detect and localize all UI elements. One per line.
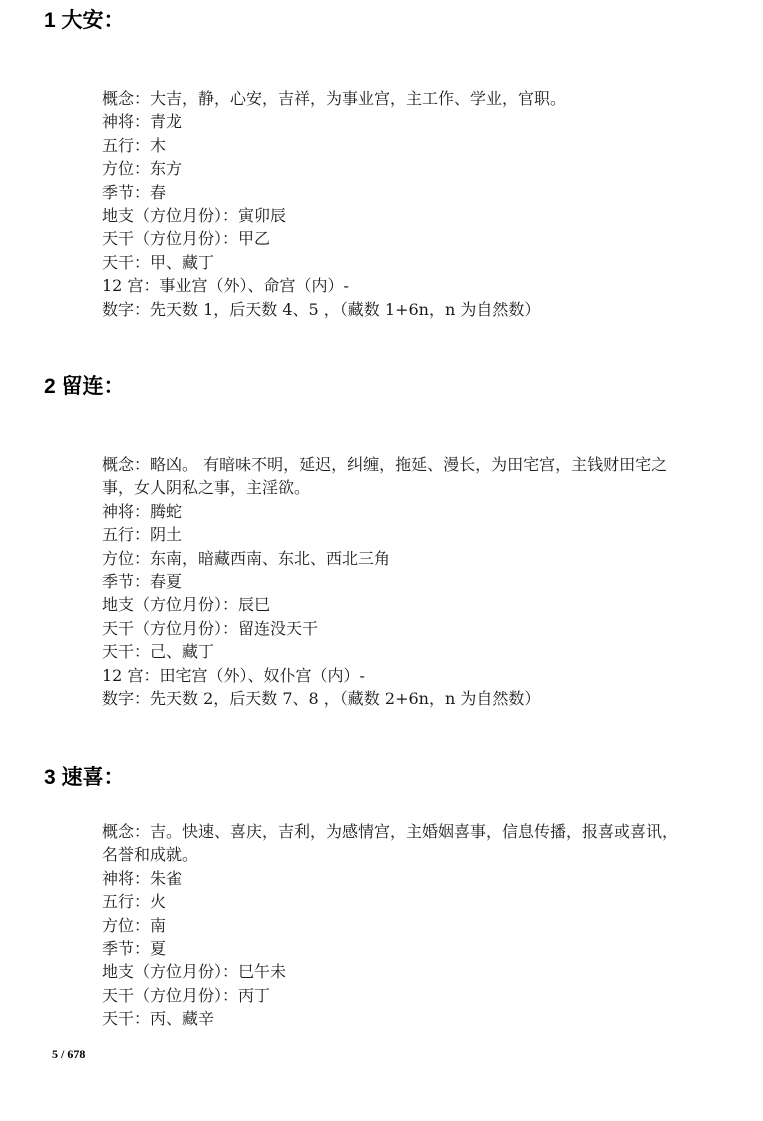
season-line: 季节：春 [102,181,682,204]
heavenly-stem-line: 天干：己、藏丁 [102,640,682,663]
section-heading-su-xi: 3 速喜： [44,765,125,791]
section-heading-da-an: 1 大安： [44,8,125,34]
deity-line: 神将：朱雀 [102,867,682,890]
earthly-branch-line: 地支（方位月份）：寅卯辰 [102,204,682,227]
season-line: 季节：春夏 [102,570,682,593]
deity-line: 神将：腾蛇 [102,500,682,523]
heavenly-stem-line: 天干：甲、藏丁 [102,251,682,274]
direction-line: 方位：南 [102,914,682,937]
element-line: 五行：木 [102,134,682,157]
heavenly-stem-direction-line: 天干（方位月份）：丙丁 [102,984,682,1007]
direction-line: 方位：东南，暗藏西南、东北、西北三角 [102,547,682,570]
section-body-su-xi: 概念：吉。快速、喜庆，吉利，为感情宫，主婚姻喜事，信息传播，报喜或喜讯，名誉和成… [102,820,682,1031]
element-line: 五行：火 [102,890,682,913]
page-number: 5 / 678 [52,1046,85,1062]
numbers-line: 数字：先天数 1，后天数 4、5 ，（藏数 1+6n，n 为自然数） [102,298,682,321]
element-line: 五行：阴土 [102,523,682,546]
concept-line: 概念：大吉，静，心安，吉祥，为事业宫，主工作、学业，官职。 [102,87,682,110]
numbers-line: 数字：先天数 2，后天数 7、8 ，（藏数 2+6n，n 为自然数） [102,687,682,710]
earthly-branch-line: 地支（方位月份）：辰巳 [102,593,682,616]
section-body-liu-lian: 概念：略凶。 有暗味不明，延迟，纠缠，拖延、漫长，为田宅宫，主钱财田宅之事，女人… [102,453,682,710]
deity-line: 神将：青龙 [102,110,682,133]
season-line: 季节：夏 [102,937,682,960]
section-body-da-an: 概念：大吉，静，心安，吉祥，为事业宫，主工作、学业，官职。 神将：青龙 五行：木… [102,87,682,321]
heavenly-stem-direction-line: 天干（方位月份）：留连没天干 [102,617,682,640]
heavenly-stem-direction-line: 天干（方位月份）：甲乙 [102,227,682,250]
twelve-palaces-line: 12 宫：事业宫（外）、命宫（内）- [102,274,682,297]
heavenly-stem-line: 天干：丙、藏辛 [102,1007,682,1030]
twelve-palaces-line: 12 宫：田宅宫（外）、奴仆宫（内）- [102,664,682,687]
concept-line: 概念：略凶。 有暗味不明，延迟，纠缠，拖延、漫长，为田宅宫，主钱财田宅之事，女人… [102,453,682,500]
concept-line: 概念：吉。快速、喜庆，吉利，为感情宫，主婚姻喜事，信息传播，报喜或喜讯，名誉和成… [102,820,682,867]
section-heading-liu-lian: 2 留连： [44,374,125,400]
earthly-branch-line: 地支（方位月份）：巳午未 [102,960,682,983]
direction-line: 方位：东方 [102,157,682,180]
